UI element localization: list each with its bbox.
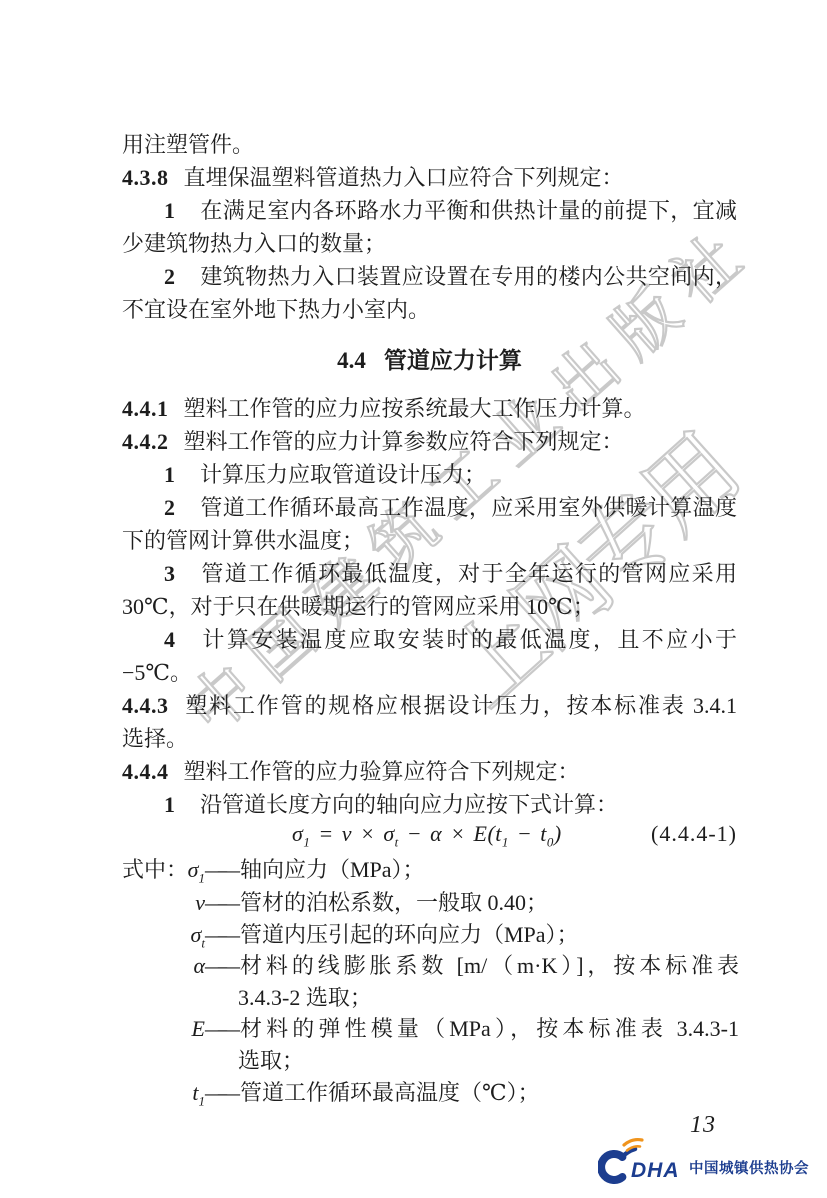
where-label: 式中： bbox=[122, 855, 188, 885]
logo-org-name: 中国城镇供热协会 bbox=[689, 1162, 809, 1185]
item-number: 1 bbox=[164, 792, 175, 817]
symbol: E bbox=[122, 1014, 205, 1044]
clause-number: 4.4.2 bbox=[122, 429, 169, 454]
text-line-intro: 用注塑管件。 bbox=[122, 130, 254, 160]
item-number: 3 bbox=[164, 561, 175, 586]
clause-4-4-3-line-2: 选择。 bbox=[122, 724, 188, 754]
definition-t1: t1——管道工作循环最高温度（℃）； bbox=[122, 1078, 737, 1108]
clause-4-4-3-line-1: 4.4.3塑料工作管的规格应根据设计压力，按本标准表 3.4.1 bbox=[122, 691, 737, 721]
item-1-line-2: 少建筑物热力入口的数量； bbox=[122, 229, 386, 259]
clause-4-4-1: 4.4.1塑料工作管的应力应按系统最大工作压力计算。 bbox=[122, 394, 646, 424]
clause-number: 4.4.1 bbox=[122, 396, 169, 421]
dash: —— bbox=[205, 890, 231, 915]
definition-E: E——材料的弹性模量（MPa），按本标准表 3.4.3-1 bbox=[122, 1014, 737, 1044]
definition-nu: ν——管材的泊松系数，一般取 0.40； bbox=[122, 888, 737, 918]
section-heading: 4.4管道应力计算 bbox=[122, 347, 737, 374]
clause-number: 4.4.3 bbox=[122, 693, 169, 718]
equation-number: (4.4.4-1) bbox=[651, 819, 737, 849]
item-1-line-1: 1在满足室内各环路水力平衡和供热计量的前提下，宜减 bbox=[164, 196, 737, 226]
item-1-line: 1沿管道长度方向的轴向应力应按下式计算： bbox=[164, 790, 618, 820]
item-4-line-1: 4计算安装温度应取安装时的最低温度，且不应小于 bbox=[164, 625, 737, 655]
dash: —— bbox=[205, 922, 231, 947]
definition-alpha: α——材料的线膨胀系数 [m/（m·K）]，按本标准表 bbox=[122, 951, 737, 981]
symbol: σt bbox=[122, 920, 205, 950]
definition-sigmat: σt——管道内压引起的环向应力（MPa）； bbox=[122, 920, 737, 950]
cdha-logo-icon: DHA bbox=[598, 1136, 684, 1184]
clause-number: 4.3.8 bbox=[122, 165, 169, 190]
clause-4-3-8: 4.3.8直埋保温塑料管道热力入口应符合下列规定： bbox=[122, 163, 624, 193]
clause-number: 4.4.4 bbox=[122, 759, 169, 784]
item-4-line-2: −5℃。 bbox=[122, 658, 192, 688]
dash: —— bbox=[205, 1016, 231, 1041]
item-number: 1 bbox=[164, 462, 175, 487]
document-page: 中国建筑工业出版社 上网专用 用注塑管件。 4.3.8直埋保温塑料管道热力入口应… bbox=[0, 0, 827, 1198]
page-number: 13 bbox=[690, 1112, 716, 1139]
item-2-line-1: 2管道工作循环最高工作温度，应采用室外供暖计算温度 bbox=[164, 493, 737, 523]
footer-logo: DHA 中国城镇供热协会 bbox=[598, 1136, 809, 1184]
section-title: 管道应力计算 bbox=[384, 347, 522, 373]
symbol: α bbox=[122, 951, 205, 981]
item-2-line-2: 下的管网计算供水温度； bbox=[122, 526, 364, 556]
item-1-line: 1计算压力应取管道设计压力； bbox=[164, 460, 486, 490]
dash: —— bbox=[205, 953, 231, 978]
logo-acronym: DHA bbox=[631, 1159, 680, 1182]
formula-expression: σ1 = ν × σt − α × E(t1 − t0) bbox=[292, 819, 562, 849]
definition-alpha-cont: 3.4.3-2 选取； bbox=[238, 983, 372, 1013]
clause-4-4-4: 4.4.4塑料工作管的应力验算应符合下列规定： bbox=[122, 757, 580, 787]
formula-row: σ1 = ν × σt − α × E(t1 − t0) (4.4.4-1) bbox=[122, 819, 737, 851]
dash: —— bbox=[205, 1080, 231, 1105]
symbol: t1 bbox=[122, 1078, 205, 1108]
item-number: 2 bbox=[164, 495, 175, 520]
item-2-line-2: 不宜设在室外地下热力小室内。 bbox=[122, 295, 430, 325]
symbol: ν bbox=[122, 888, 205, 918]
definition-sigma1: 式中：σ1——轴向应力（MPa）； bbox=[122, 855, 737, 885]
item-3-line-1: 3管道工作循环最低温度，对于全年运行的管网应采用 bbox=[164, 559, 737, 589]
item-number: 1 bbox=[164, 198, 175, 223]
item-number: 4 bbox=[164, 627, 175, 652]
item-3-line-2: 30℃，对于只在供暖期运行的管网应采用 10℃； bbox=[122, 592, 595, 622]
dash: —— bbox=[205, 857, 231, 882]
item-number: 2 bbox=[164, 264, 175, 289]
section-number: 4.4 bbox=[337, 348, 366, 373]
definition-E-cont: 选取； bbox=[238, 1046, 304, 1076]
item-2-line-1: 2建筑物热力入口装置应设置在专用的楼内公共空间内， bbox=[164, 262, 737, 292]
clause-4-4-2: 4.4.2塑料工作管的应力计算参数应符合下列规定： bbox=[122, 427, 624, 457]
